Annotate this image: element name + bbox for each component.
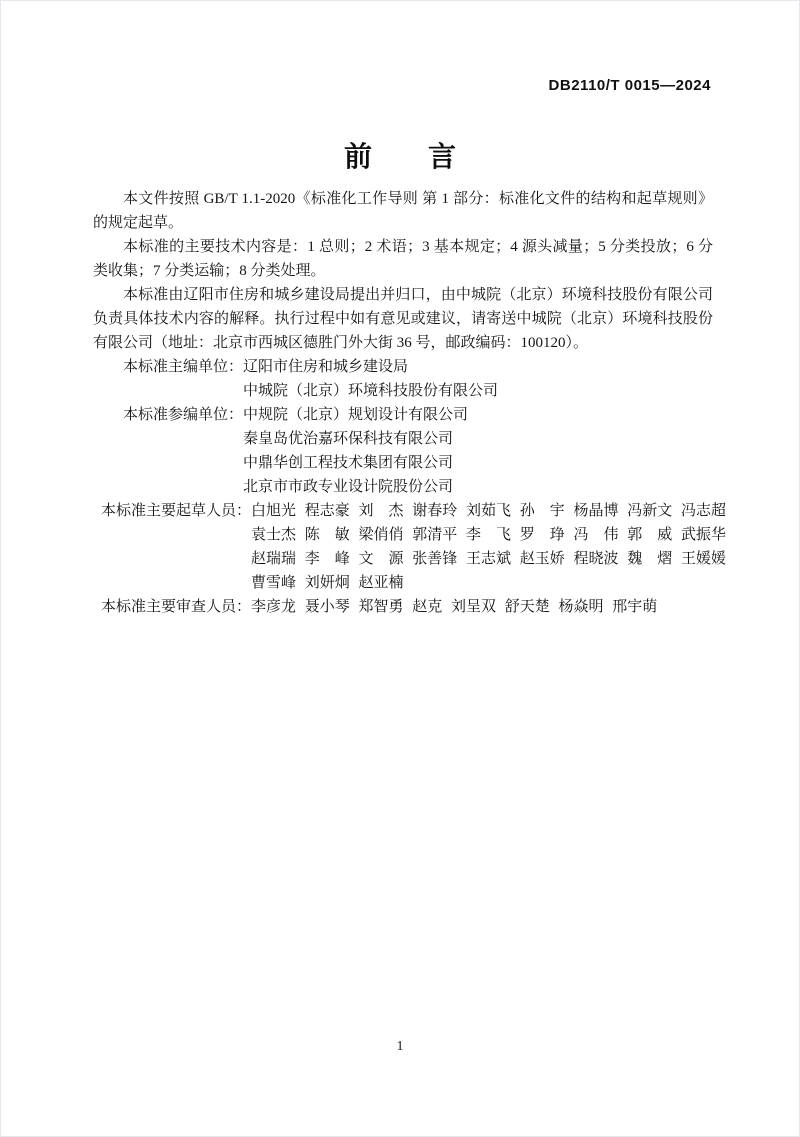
paragraph-technical-contents: 本标准的主要技术内容是：1 总则；2 术语；3 基本规定；4 源头减量；5 分类… [93, 235, 713, 283]
participating-unit: 中鼎华创工程技术集团有限公司 [243, 451, 713, 475]
document-page: DB2110/T 0015—2024 前 言 本文件按照 GB/T 1.1-20… [0, 0, 800, 1137]
drafters-section: 本标准主要起草人员： 白旭光 程志豪 刘 杰 谢春玲 刘茹飞 孙 宇 杨晶博 冯… [93, 499, 713, 595]
drafters-names-row: 曹雪峰 刘妍炯 赵亚楠 [251, 571, 713, 595]
chief-editor-unit: 中城院（北京）环境科技股份有限公司 [243, 379, 713, 403]
participating-units-section: 本标准参编单位： 中规院（北京）规划设计有限公司 秦皇岛优治嘉环保科技有限公司 … [93, 403, 713, 499]
reviewers-names-row: 李彦龙 聂小琴 郑智勇 赵克 刘呈双 舒天楚 杨焱明 邢宇萌 [251, 595, 713, 619]
participating-units: 中规院（北京）规划设计有限公司 秦皇岛优治嘉环保科技有限公司 中鼎华创工程技术集… [243, 403, 713, 499]
reviewers-label: 本标准主要审查人员： [101, 595, 251, 619]
chief-editor-section: 本标准主编单位： 辽阳市住房和城乡建设局 中城院（北京）环境科技股份有限公司 [93, 355, 713, 403]
participating-unit: 中规院（北京）规划设计有限公司 [243, 403, 713, 427]
chief-editor-label: 本标准主编单位： [123, 355, 243, 379]
chief-editor-units: 辽阳市住房和城乡建设局 中城院（北京）环境科技股份有限公司 [243, 355, 713, 403]
reviewers-names: 李彦龙 聂小琴 郑智勇 赵克 刘呈双 舒天楚 杨焱明 邢宇萌 [251, 595, 713, 619]
paragraph-attribution-feedback: 本标准由辽阳市住房和城乡建设局提出并归口，由中城院（北京）环境科技股份有限公司负… [93, 283, 713, 355]
page-title: 前 言 [1, 135, 799, 175]
drafters-names-row: 白旭光 程志豪 刘 杰 谢春玲 刘茹飞 孙 宇 杨晶博 冯新文 冯志超 [251, 499, 713, 523]
reviewers-section: 本标准主要审查人员： 李彦龙 聂小琴 郑智勇 赵克 刘呈双 舒天楚 杨焱明 邢宇… [93, 595, 713, 619]
page-number: 1 [1, 1039, 799, 1055]
drafters-names-row: 袁士杰 陈 敏 梁俏俏 郭清平 李 飞 罗 琤 冯 伟 郭 威 武振华 [251, 523, 713, 547]
chief-editor-unit: 辽阳市住房和城乡建设局 [243, 355, 713, 379]
drafters-names-row: 赵瑞瑞 李 峰 文 源 张善锋 王志斌 赵玉娇 程晓波 魏 熠 王媛媛 [251, 547, 713, 571]
document-body: 本文件按照 GB/T 1.1-2020《标准化工作导则 第 1 部分：标准化文件… [93, 187, 713, 619]
drafters-names: 白旭光 程志豪 刘 杰 谢春玲 刘茹飞 孙 宇 杨晶博 冯新文 冯志超 袁士杰 … [251, 499, 713, 595]
participating-unit: 北京市市政专业设计院股份公司 [243, 475, 713, 499]
participating-unit: 秦皇岛优治嘉环保科技有限公司 [243, 427, 713, 451]
drafters-label: 本标准主要起草人员： [101, 499, 251, 523]
paragraph-drafting-basis: 本文件按照 GB/T 1.1-2020《标准化工作导则 第 1 部分：标准化文件… [93, 187, 713, 235]
participating-units-label: 本标准参编单位： [123, 403, 243, 427]
standard-number: DB2110/T 0015—2024 [549, 77, 711, 94]
